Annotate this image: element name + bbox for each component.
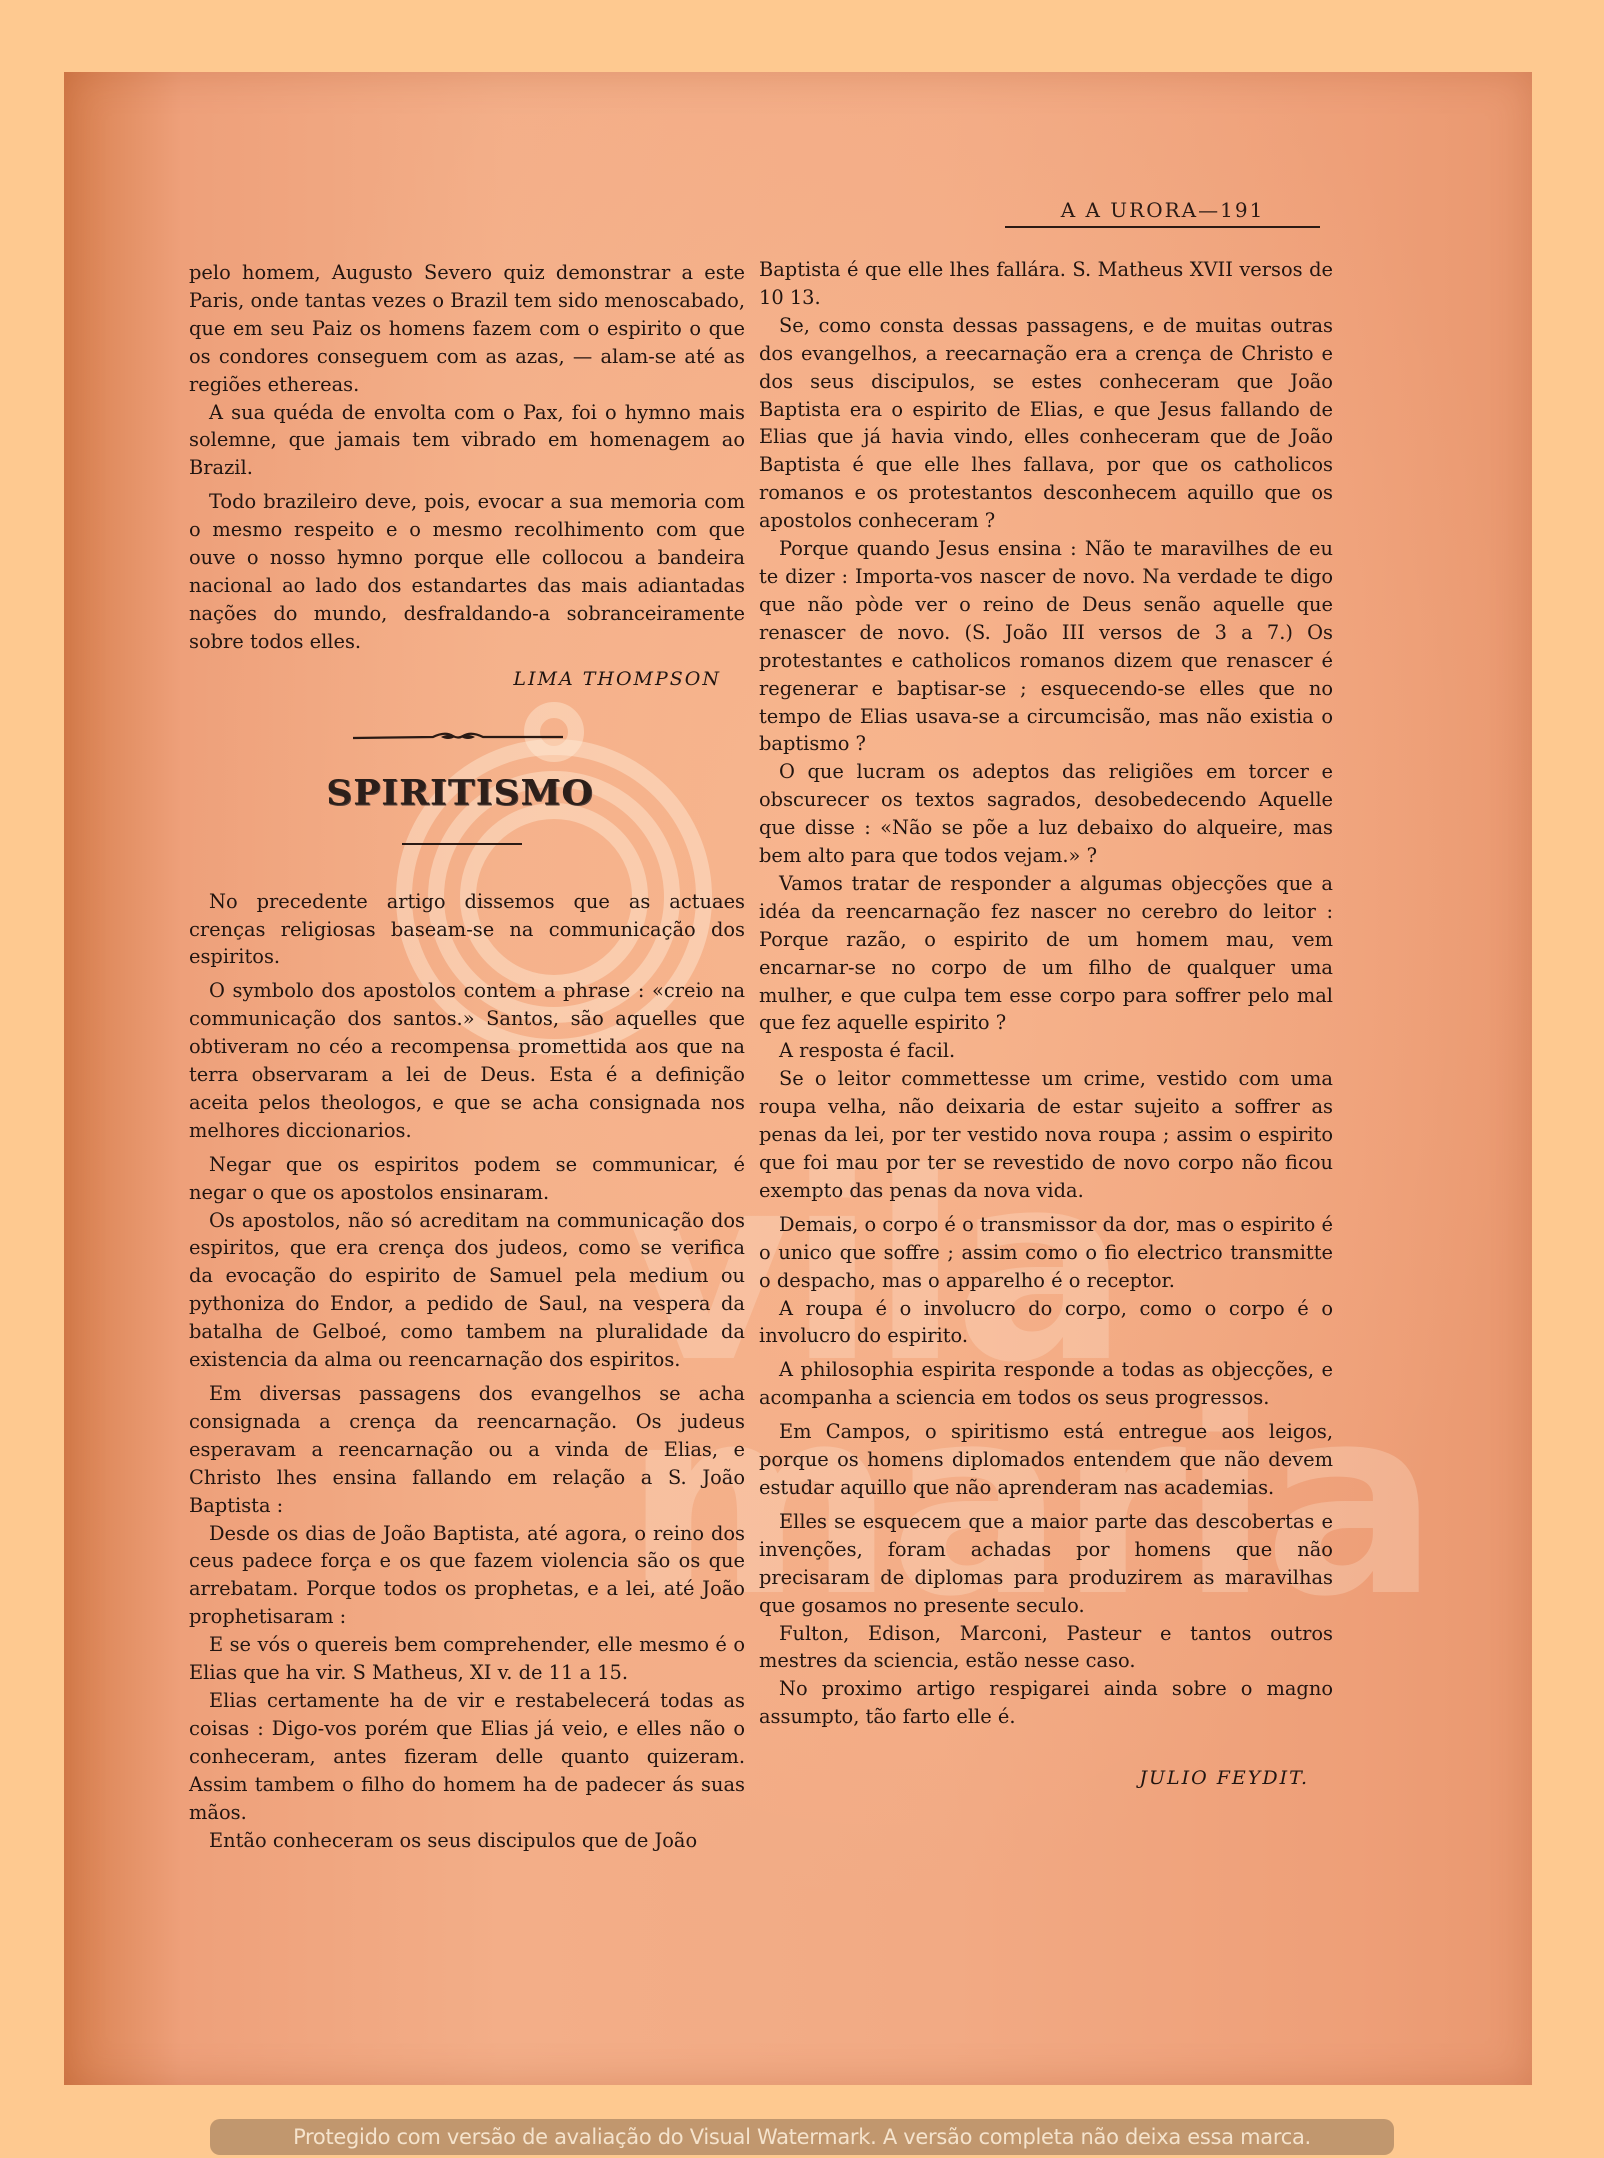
watermark-banner: Protegido com versão de avaliação do Vis…	[210, 2119, 1394, 2155]
paragraph: Em Campos, o spiritismo está entregue ao…	[759, 1418, 1333, 1502]
paragraph: O que lucram os adeptos das religiões em…	[759, 758, 1333, 870]
paragraph: Demais, o corpo é o transmissor da dor, …	[759, 1211, 1333, 1295]
paragraph: A sua quéda de envolta com o Pax, foi o …	[189, 399, 745, 483]
paragraph: Porque quando Jesus ensina : Não te mara…	[759, 535, 1333, 758]
paragraph: pelo homem, Augusto Severo quiz demonstr…	[189, 259, 745, 399]
paragraph: Se, como consta dessas passagens, e de m…	[759, 312, 1333, 535]
paragraph: No proximo artigo respigarei ainda sobre…	[759, 1675, 1333, 1731]
author-signature: JULIO FEYDIT.	[759, 1765, 1333, 1793]
paragraph: E se vós o quereis bem comprehender, ell…	[189, 1631, 745, 1687]
article-title: SPIRITISMO	[270, 773, 650, 813]
paragraph: Em diversas passagens dos evangelhos se …	[189, 1380, 745, 1520]
paragraph: A roupa é o involucro do corpo, como o c…	[759, 1295, 1333, 1351]
left-column: pelo homem, Augusto Severo quiz demonstr…	[189, 259, 745, 1854]
paragraph: Baptista é que elle lhes fallára. S. Mat…	[759, 256, 1333, 312]
paragraph: O symbolo dos apostolos contem a phrase …	[189, 977, 745, 1144]
paragraph: A philosophia espirita responde a todas …	[759, 1356, 1333, 1412]
paragraph: Elias certamente ha de vir e restabelece…	[189, 1687, 745, 1827]
paragraph: Elles se esquecem que a maior parte das …	[759, 1508, 1333, 1620]
paragraph: A resposta é facil.	[759, 1037, 1333, 1065]
paragraph: Negar que os espiritos podem se communic…	[189, 1151, 745, 1207]
paragraph: Os apostolos, não só acreditam na commun…	[189, 1207, 745, 1374]
title-rule	[402, 843, 522, 845]
paragraph: Se o leitor commettesse um crime, vestid…	[759, 1065, 1333, 1205]
ornament-divider-icon	[353, 730, 563, 744]
paragraph: Fulton, Edison, Marconi, Pasteur e tanto…	[759, 1620, 1333, 1676]
running-header: A A URORA—191	[1005, 198, 1320, 228]
paragraph: Vamos tratar de responder a algumas obje…	[759, 870, 1333, 1037]
paragraph: Desde os dias de João Baptista, até agor…	[189, 1520, 745, 1632]
author-signature: LIMA THOMPSON	[189, 666, 745, 694]
paragraph: No precedente artigo dissemos que as act…	[189, 888, 745, 972]
paragraph: Todo brazileiro deve, pois, evocar a sua…	[189, 488, 745, 655]
right-column: Baptista é que elle lhes fallára. S. Mat…	[759, 256, 1333, 1793]
paragraph: Então conheceram os seus discipulos que …	[189, 1827, 745, 1855]
